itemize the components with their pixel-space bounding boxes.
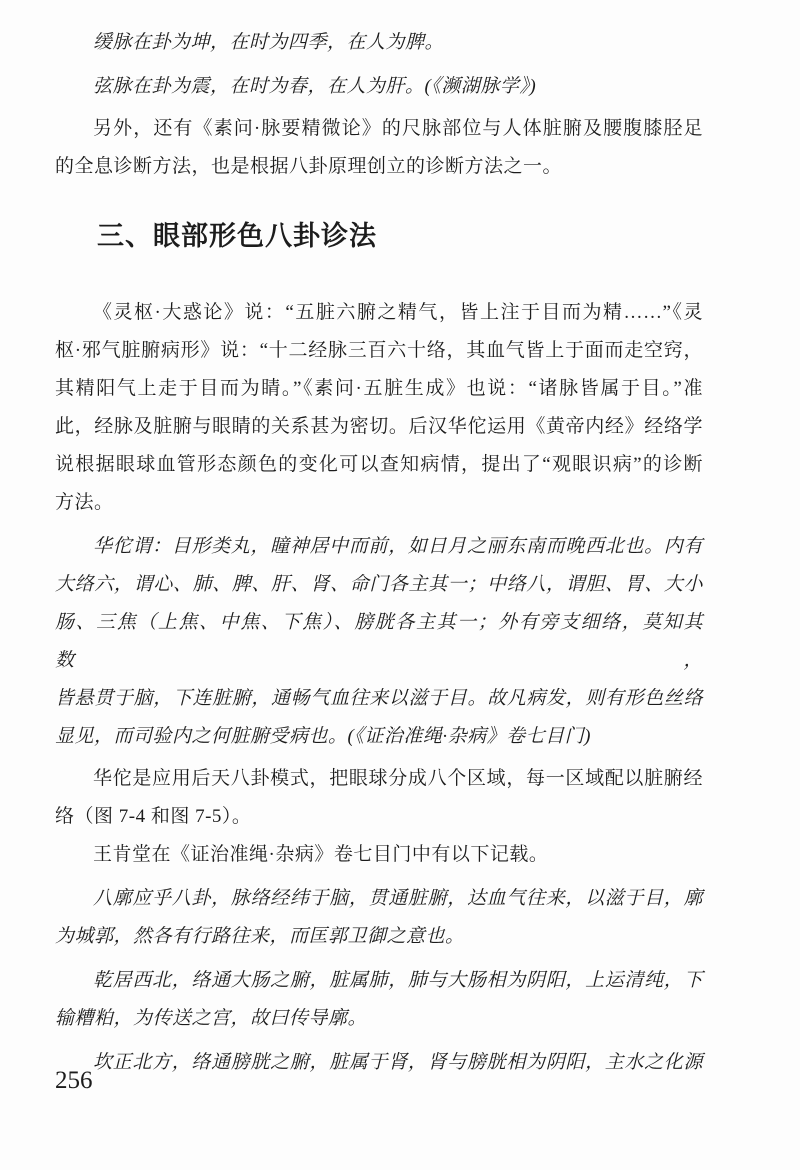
text-line: 坎正北方，络通膀胱之腑，脏属于肾，肾与膀胱相为阴阳，主水之化源 <box>55 1044 703 1082</box>
text-line: 皆悬贯于脑，下连脏腑，通畅气血往来以滋于目。故凡病发，则有形色丝络 <box>55 680 703 718</box>
text-line: 其精阳气上走于目而为睛。”《素问·五脏生成》也说：“诸脉皆属于目。”准 <box>55 370 703 408</box>
paragraph: 《灵枢·大惑论》说：“五脏六腑之精气，皆上注于目而为精……”《灵枢·邪气脏腑病形… <box>55 294 703 522</box>
text-line: 另外，还有《素问·脉要精微论》的尺脉部位与人体脏腑及腰腹膝胫足 <box>55 110 703 148</box>
page-content: 缓脉在卦为坤，在时为四季，在人为脾。弦脉在卦为震，在时为春，在人为肝。(《濒湖脉… <box>0 0 800 1082</box>
paragraph: 坎正北方，络通膀胱之腑，脏属于肾，肾与膀胱相为阴阳，主水之化源 <box>55 1044 703 1082</box>
text-line: 大络六，谓心、肺、脾、肝、肾、命门各主其一；中络八，谓胆、胃、大小 <box>55 566 703 604</box>
text-line: 华佗谓：目形类丸，瞳神居中而前，如日月之丽东南而晚西北也。内有 <box>55 528 703 566</box>
section-heading: 三、眼部形色八卦诊法 <box>97 214 703 258</box>
text-line: 弦脉在卦为震，在时为春，在人为肝。(《濒湖脉学》) <box>55 68 703 106</box>
paragraph: 华佗是应用后天八卦模式，把眼球分成八个区域，每一区域配以脏腑经络（图 7-4 和… <box>55 760 703 836</box>
page-number: 256 <box>55 1066 93 1096</box>
text-line: 方法。 <box>55 484 703 522</box>
text-line: 八廓应乎八卦，脉络经纬于脑，贯通脏腑，达血气往来，以滋于目，廓 <box>55 880 703 918</box>
text-line: 说根据眼球血管形态颜色的变化可以查知病情，提出了“观眼识病”的诊断 <box>55 446 703 484</box>
text-line: 此，经脉及脏腑与眼睛的关系甚为密切。后汉华佗运用《黄帝内经》经络学 <box>55 408 703 446</box>
text-line: 肠、三焦（上焦、中焦、下焦）、膀胱各主其一；外有旁支细络，莫知其数， <box>55 604 703 680</box>
text-line: 络（图 7-4 和图 7-5）。 <box>55 798 703 836</box>
text-line: 华佗是应用后天八卦模式，把眼球分成八个区域，每一区域配以脏腑经 <box>55 760 703 798</box>
paragraph: 王肯堂在《证治准绳·杂病》卷七目门中有以下记载。 <box>55 836 703 874</box>
text-line: 的全息诊断方法，也是根据八卦原理创立的诊断方法之一。 <box>55 148 703 186</box>
text-line: 王肯堂在《证治准绳·杂病》卷七目门中有以下记载。 <box>55 836 703 874</box>
text-line: 显见，而司验内之何脏腑受病也。(《证治准绳·杂病》卷七目门) <box>55 718 703 756</box>
paragraph: 另外，还有《素问·脉要精微论》的尺脉部位与人体脏腑及腰腹膝胫足的全息诊断方法，也… <box>55 110 703 186</box>
paragraph: 缓脉在卦为坤，在时为四季，在人为脾。 <box>55 24 703 62</box>
text-line: 输糟粕，为传送之宫，故曰传导廓。 <box>55 1000 703 1038</box>
text-line: 为城郭，然各有行路往来，而匡郭卫御之意也。 <box>55 918 703 956</box>
text-line: 缓脉在卦为坤，在时为四季，在人为脾。 <box>55 24 703 62</box>
paragraph: 乾居西北，络通大肠之腑，脏属肺，肺与大肠相为阴阳，上运清纯，下输糟粕，为传送之宫… <box>55 962 703 1038</box>
paragraph: 弦脉在卦为震，在时为春，在人为肝。(《濒湖脉学》) <box>55 68 703 106</box>
text-line: 《灵枢·大惑论》说：“五脏六腑之精气，皆上注于目而为精……”《灵 <box>55 294 703 332</box>
paragraph: 八廓应乎八卦，脉络经纬于脑，贯通脏腑，达血气往来，以滋于目，廓为城郭，然各有行路… <box>55 880 703 956</box>
text-line: 乾居西北，络通大肠之腑，脏属肺，肺与大肠相为阴阳，上运清纯，下 <box>55 962 703 1000</box>
paragraph: 华佗谓：目形类丸，瞳神居中而前，如日月之丽东南而晚西北也。内有大络六，谓心、肺、… <box>55 528 703 756</box>
book-page: 缓脉在卦为坤，在时为四季，在人为脾。弦脉在卦为震，在时为春，在人为肝。(《濒湖脉… <box>0 0 800 1170</box>
text-line: 枢·邪气脏腑病形》说：“十二经脉三百六十络，其血气皆上于面而走空窍， <box>55 332 703 370</box>
